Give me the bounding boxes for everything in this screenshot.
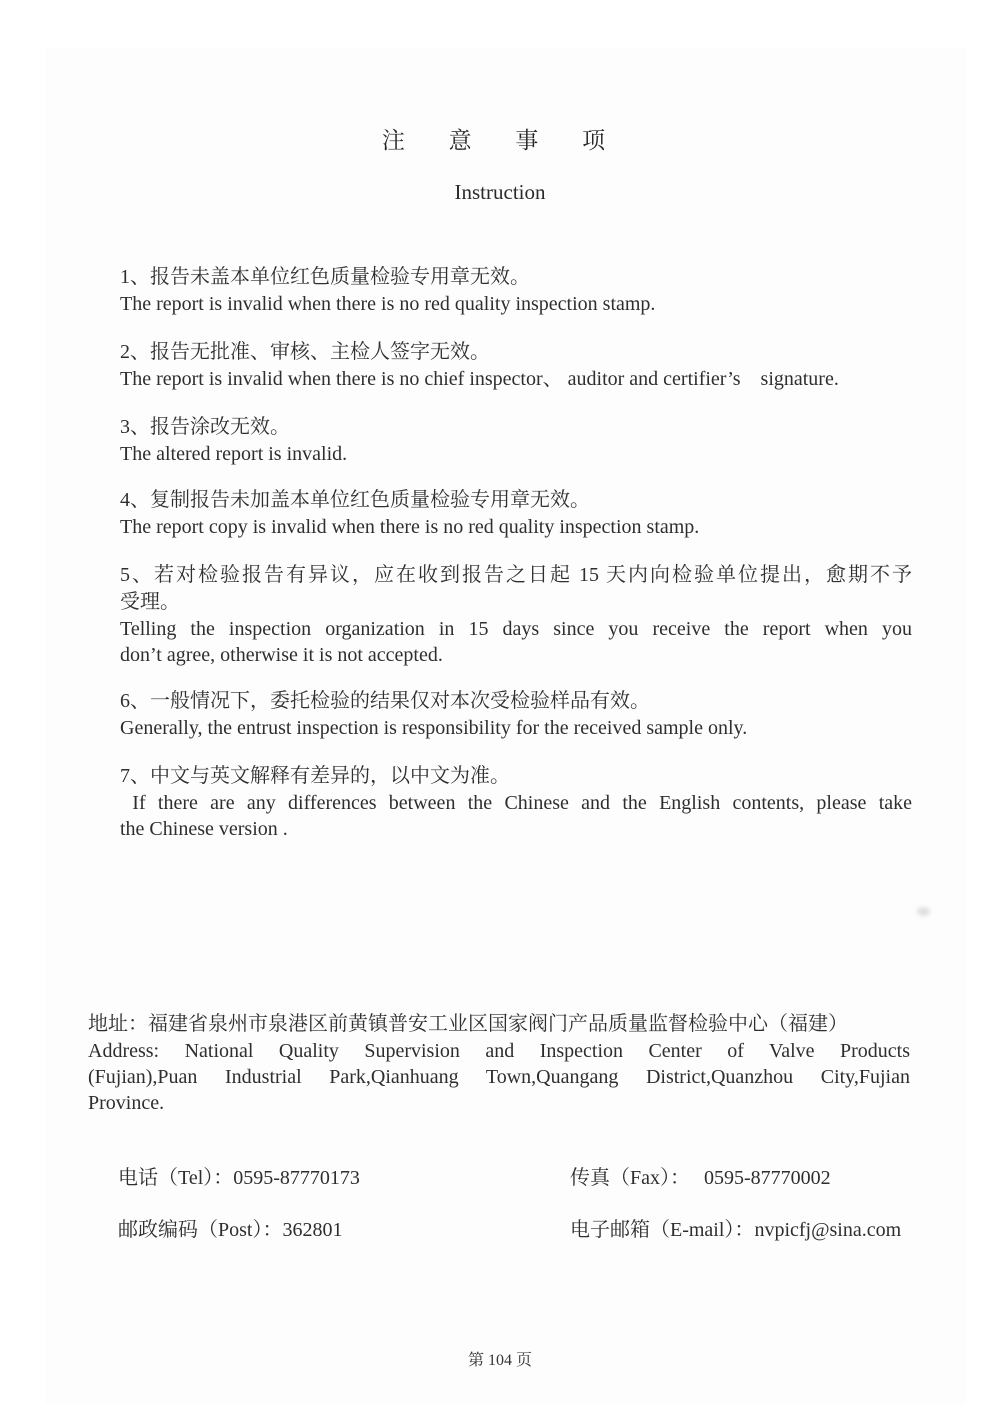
instruction-item-2: 2、报告无批准、审核、主检人签字无效。 The report is invali… xyxy=(120,339,912,392)
contact-row-2: 邮政编码（Post）：362801 电子邮箱（E-mail）：nvpicfj@s… xyxy=(88,1190,912,1218)
telephone-label: 电话（Tel）： xyxy=(118,1167,233,1189)
instruction-item-6: 6、一般情况下，委托检验的结果仅对本次受检验样品有效。 Generally, t… xyxy=(120,688,912,741)
contact-row-1: 电话（Tel）：0595-87770173 传真（Fax）：0595-87770… xyxy=(88,1138,912,1166)
fax-label: 传真（Fax）： xyxy=(570,1167,690,1189)
instruction-item-1: 1、报告未盖本单位红色质量检验专用章无效。 The report is inva… xyxy=(120,264,912,317)
item-7-chinese: 7、中文与英文解释有差异的，以中文为准。 xyxy=(120,763,912,790)
title-english: Instruction xyxy=(0,178,1000,206)
item-4-chinese: 4、复制报告未加盖本单位红色质量检验专用章无效。 xyxy=(120,487,912,514)
email-value: nvpicfj@sina.com xyxy=(754,1219,901,1241)
instruction-item-4: 4、复制报告未加盖本单位红色质量检验专用章无效。 The report copy… xyxy=(120,487,912,540)
item-2-english: The report is invalid when there is no c… xyxy=(120,366,912,392)
item-2-chinese: 2、报告无批准、审核、主检人签字无效。 xyxy=(120,339,912,366)
item-5-english-line-1: Telling the inspection organization in 1… xyxy=(120,616,912,642)
item-7-english-line-1: If there are any differences between the… xyxy=(120,790,912,816)
address-chinese: 地址：福建省泉州市泉港区前黄镇普安工业区国家阀门产品质量监督检验中心（福建） xyxy=(88,1010,910,1038)
item-5-english-line-2: don’t agree, otherwise it is not accepte… xyxy=(120,642,912,668)
item-5-chinese-line-2: 受理。 xyxy=(120,589,912,616)
email-label: 电子邮箱（E-mail）： xyxy=(570,1219,754,1241)
item-5-chinese-line-1: 5、若对检验报告有异议，应在收到报告之日起 15 天内向检验单位提出，愈期不予 xyxy=(120,562,912,589)
address-english-line-2: (Fujian),Puan Industrial Park,Qianhuang … xyxy=(88,1064,910,1090)
postcode-label: 邮政编码（Post）： xyxy=(118,1219,282,1241)
postcode-value: 362801 xyxy=(282,1219,342,1241)
item-7-english-line-2: the Chinese version . xyxy=(120,816,912,842)
email-field: 电子邮箱（E-mail）：nvpicfj@sina.com xyxy=(540,1190,901,1271)
instruction-item-7: 7、中文与英文解释有差异的，以中文为准。 If there are any di… xyxy=(120,763,912,842)
page-number: 第 104 页 xyxy=(0,1350,1000,1372)
item-3-english: The altered report is invalid. xyxy=(120,441,912,467)
item-1-english: The report is invalid when there is no r… xyxy=(120,291,912,317)
instruction-item-3: 3、报告涂改无效。 The altered report is invalid. xyxy=(120,414,912,467)
fax-value: 0595-87770002 xyxy=(704,1167,831,1189)
address-block: 地址：福建省泉州市泉港区前黄镇普安工业区国家阀门产品质量监督检验中心（福建） A… xyxy=(88,1010,910,1116)
item-6-english: Generally, the entrust inspection is res… xyxy=(120,715,912,741)
title-chinese: 注 意 事 项 xyxy=(0,126,1000,156)
telephone-value: 0595-87770173 xyxy=(233,1167,360,1189)
scanned-document-page: 注 意 事 项 Instruction 1、报告未盖本单位红色质量检验专用章无效… xyxy=(0,0,1000,1415)
item-4-english: The report copy is invalid when there is… xyxy=(120,514,912,540)
scan-smudge-artifact xyxy=(917,907,930,916)
item-6-chinese: 6、一般情况下，委托检验的结果仅对本次受检验样品有效。 xyxy=(120,688,912,715)
address-english-line-3: Province. xyxy=(88,1090,910,1116)
postcode-field: 邮政编码（Post）：362801 xyxy=(88,1190,342,1271)
instruction-item-5: 5、若对检验报告有异议，应在收到报告之日起 15 天内向检验单位提出，愈期不予 … xyxy=(120,562,912,668)
item-1-chinese: 1、报告未盖本单位红色质量检验专用章无效。 xyxy=(120,264,912,291)
item-3-chinese: 3、报告涂改无效。 xyxy=(120,414,912,441)
address-english-line-1: Address: National Quality Supervision an… xyxy=(88,1038,910,1064)
